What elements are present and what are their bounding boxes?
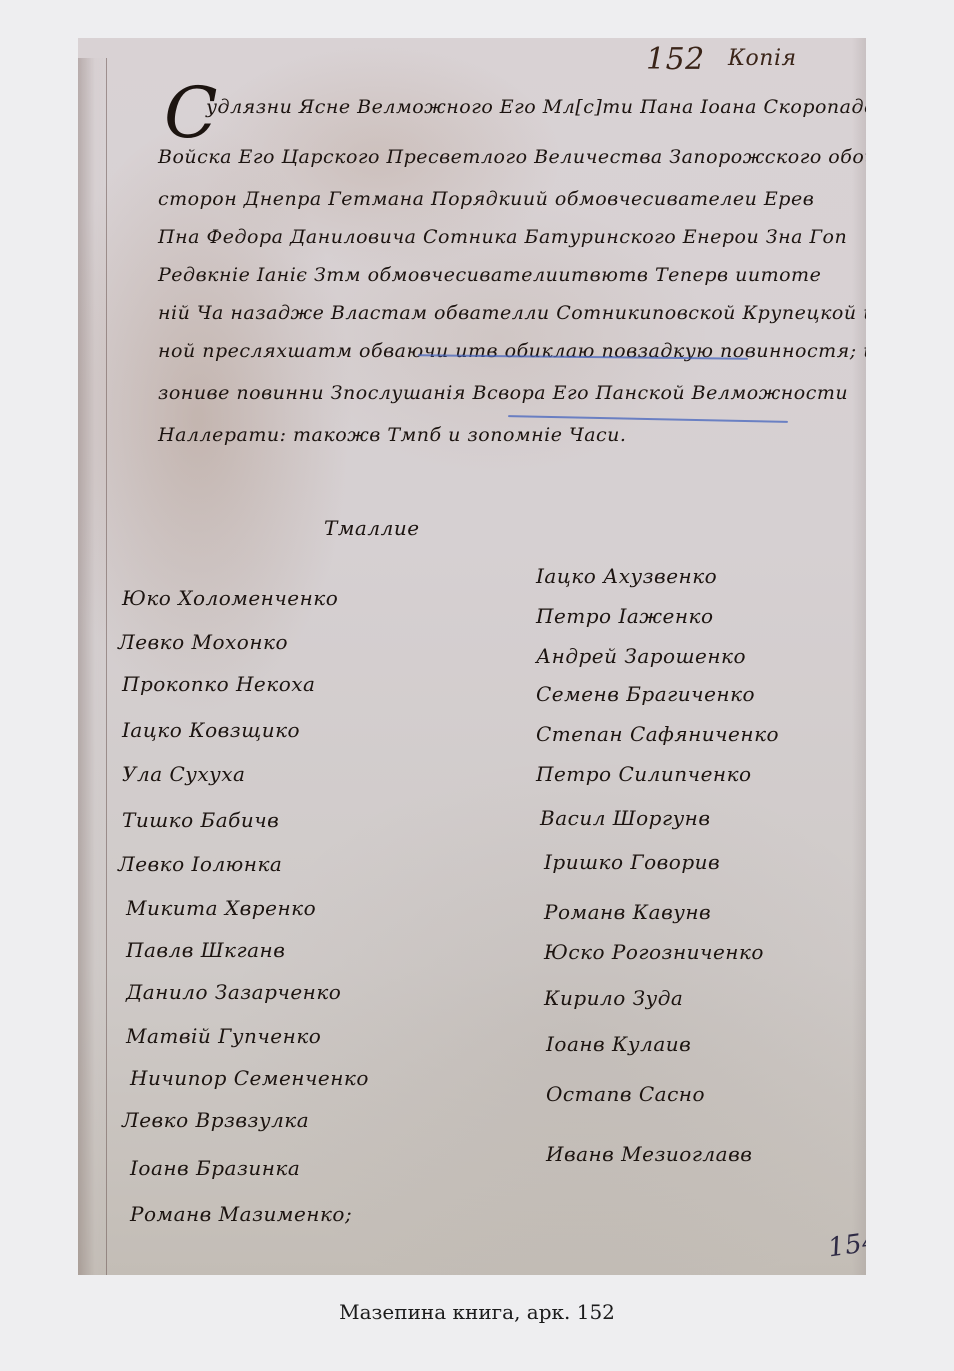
- page-edge: [852, 38, 866, 1275]
- name-left: Микита Хвренко: [126, 896, 316, 920]
- name-left: Прокопко Некоха: [122, 672, 315, 696]
- name-right: Семенв Брагиченко: [536, 682, 755, 706]
- name-right: Іришко Говорив: [544, 850, 720, 874]
- name-right: Петро Силипченко: [536, 762, 752, 786]
- body-line: сторон Днепра Гетмана Порядкиий обмовчес…: [158, 188, 814, 210]
- name-right: Романв Кавунв: [544, 900, 711, 924]
- name-right: Юско Рогозниченко: [544, 940, 764, 964]
- name-left: Данило Зазарченко: [126, 980, 341, 1004]
- name-right: Іоанв Кулаив: [546, 1032, 691, 1056]
- name-left: Іоанв Бразинка: [130, 1156, 300, 1180]
- body-line: Войска Его Царского Пресветлого Величест…: [158, 146, 866, 168]
- name-right: Степан Сафяниченко: [536, 722, 779, 746]
- folio-number: 152: [646, 42, 705, 77]
- figure-caption: Мазепина книга, арк. 152: [0, 1300, 954, 1324]
- name-left: Ничипор Семенченко: [130, 1066, 369, 1090]
- name-left: Левко Мохонко: [118, 630, 288, 654]
- body-line: ній Ча назадже Властам обвателли Сотники…: [158, 302, 866, 324]
- folio-annotation: Копія: [728, 46, 797, 71]
- body-line: Редвкніе Іаніє Зтм обмовчесивателиитвютв…: [158, 264, 821, 286]
- name-right: Іацко Ахузвенко: [536, 564, 717, 588]
- margin-note: 154: [826, 1227, 866, 1264]
- name-left: Павлв Шкганв: [126, 938, 285, 962]
- name-left: Левко Іолюнка: [118, 852, 282, 876]
- binding-gutter: [78, 58, 107, 1275]
- name-right: Остапв Сасно: [546, 1082, 705, 1106]
- name-right: Кирило Зуда: [544, 986, 683, 1010]
- body-line: Пна Федора Даниловича Сотника Батуринско…: [158, 226, 847, 248]
- name-left: Левко Врзвзулка: [122, 1108, 309, 1132]
- manuscript-scan: 152 Копія С удлязни Ясне Велможного Его …: [78, 38, 866, 1275]
- name-right: Андрей Зарошенко: [536, 644, 746, 668]
- list-heading: Тмаллие: [324, 516, 420, 540]
- name-right: Петро Іаженко: [536, 604, 714, 628]
- name-right: Иванв Мезиоглавв: [546, 1142, 752, 1166]
- name-left: Тишко Бабичв: [122, 808, 279, 832]
- body-line: удлязни Ясне Велможного Его Мл[с]ти Пана…: [206, 96, 866, 118]
- name-left: Юко Холоменченко: [122, 586, 338, 610]
- name-left: Іацко Ковзщико: [122, 718, 300, 742]
- name-left: Ула Сухуха: [122, 762, 245, 786]
- blue-underline: [508, 415, 788, 423]
- body-line: зониве повинни Зпослушанія Всвора Его Па…: [158, 382, 848, 404]
- name-right: Васил Шоргунв: [540, 806, 710, 830]
- body-line: Наллерати: такожв Тмпб и зопомніе Часи.: [158, 424, 626, 446]
- name-left: Матвій Гупченко: [126, 1024, 321, 1048]
- name-left: Романв Мазименко;: [130, 1202, 352, 1226]
- body-line: ной пресляхшатм обваючи итв обиклаю повз…: [158, 340, 866, 362]
